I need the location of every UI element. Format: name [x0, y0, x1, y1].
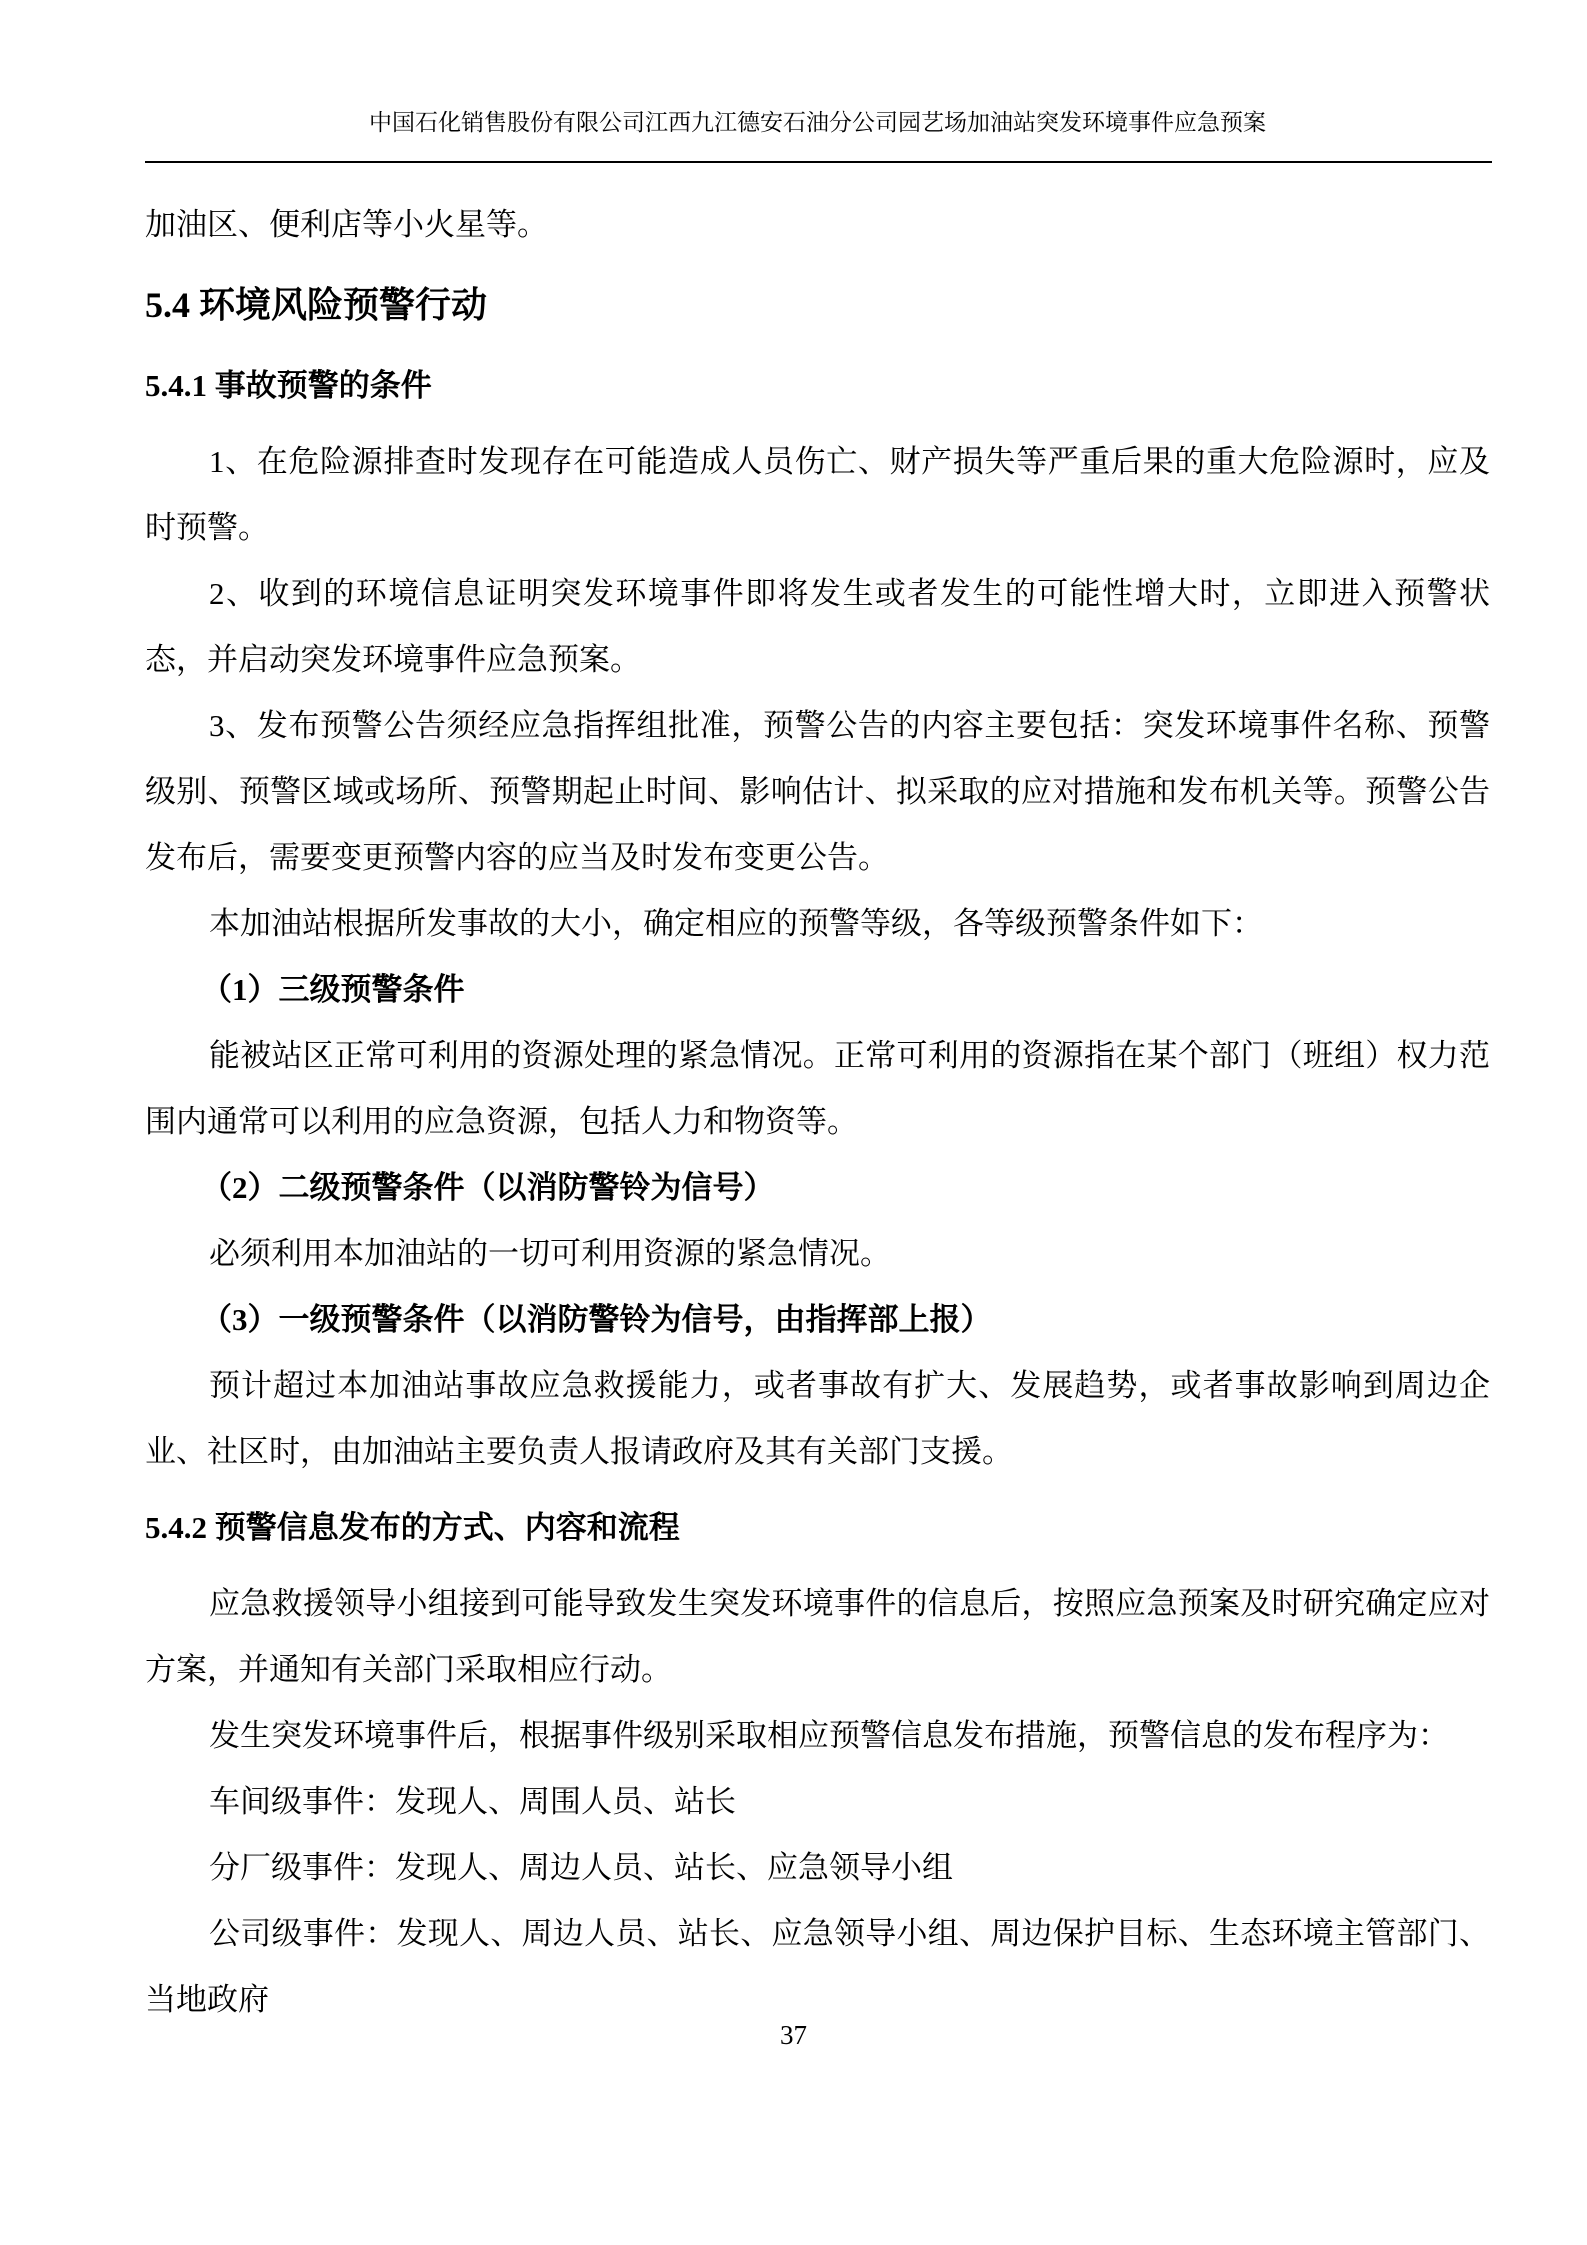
header-title: 中国石化销售股份有限公司江西九江德安石油分公司园艺场加油站突发环境事件应急预案	[145, 105, 1490, 141]
paragraph: 车间级事件：发现人、周围人员、站长	[145, 1769, 1490, 1835]
section-subheading: （2）二级预警条件（以消防警铃为信号）	[145, 1155, 1490, 1221]
section-heading2: 5.4.1 事故预警的条件	[145, 353, 1490, 419]
paragraph: 应急救援领导小组接到可能导致发生突发环境事件的信息后，按照应急预案及时研究确定应…	[145, 1571, 1490, 1703]
paragraph: 发生突发环境事件后，根据事件级别采取相应预警信息发布措施，预警信息的发布程序为：	[145, 1703, 1490, 1769]
section-subheading: （1）三级预警条件	[145, 957, 1490, 1023]
section-heading2: 5.4.2 预警信息发布的方式、内容和流程	[145, 1495, 1490, 1561]
paragraph: 本加油站根据所发事故的大小，确定相应的预警等级，各等级预警条件如下：	[145, 891, 1490, 957]
header-rule	[145, 161, 1492, 163]
section-heading1: 5.4 环境风险预警行动	[145, 272, 1490, 338]
section-subheading: （3）一级预警条件（以消防警铃为信号，由指挥部上报）	[145, 1287, 1490, 1353]
paragraph: 能被站区正常可利用的资源处理的紧急情况。正常可利用的资源指在某个部门（班组）权力…	[145, 1023, 1490, 1155]
paragraph: 加油区、便利店等小火星等。	[145, 192, 1490, 258]
paragraph: 1、在危险源排查时发现存在可能造成人员伤亡、财产损失等严重后果的重大危险源时，应…	[145, 429, 1490, 561]
paragraph: 公司级事件：发现人、周边人员、站长、应急领导小组、周边保护目标、生态环境主管部门…	[145, 1901, 1490, 2033]
page-footer: 37	[0, 2017, 1587, 2053]
paragraph: 2、收到的环境信息证明突发环境事件即将发生或者发生的可能性增大时，立即进入预警状…	[145, 561, 1490, 693]
document-body: 加油区、便利店等小火星等。5.4 环境风险预警行动5.4.1 事故预警的条件1、…	[145, 192, 1490, 2033]
paragraph: 分厂级事件：发现人、周边人员、站长、应急领导小组	[145, 1835, 1490, 1901]
page-number: 37	[780, 2020, 807, 2050]
paragraph: 预计超过本加油站事故应急救援能力，或者事故有扩大、发展趋势，或者事故影响到周边企…	[145, 1353, 1490, 1485]
paragraph: 必须利用本加油站的一切可利用资源的紧急情况。	[145, 1221, 1490, 1287]
document-page: 中国石化销售股份有限公司江西九江德安石油分公司园艺场加油站突发环境事件应急预案 …	[0, 0, 1587, 2245]
paragraph: 3、发布预警公告须经应急指挥组批准，预警公告的内容主要包括：突发环境事件名称、预…	[145, 693, 1490, 891]
